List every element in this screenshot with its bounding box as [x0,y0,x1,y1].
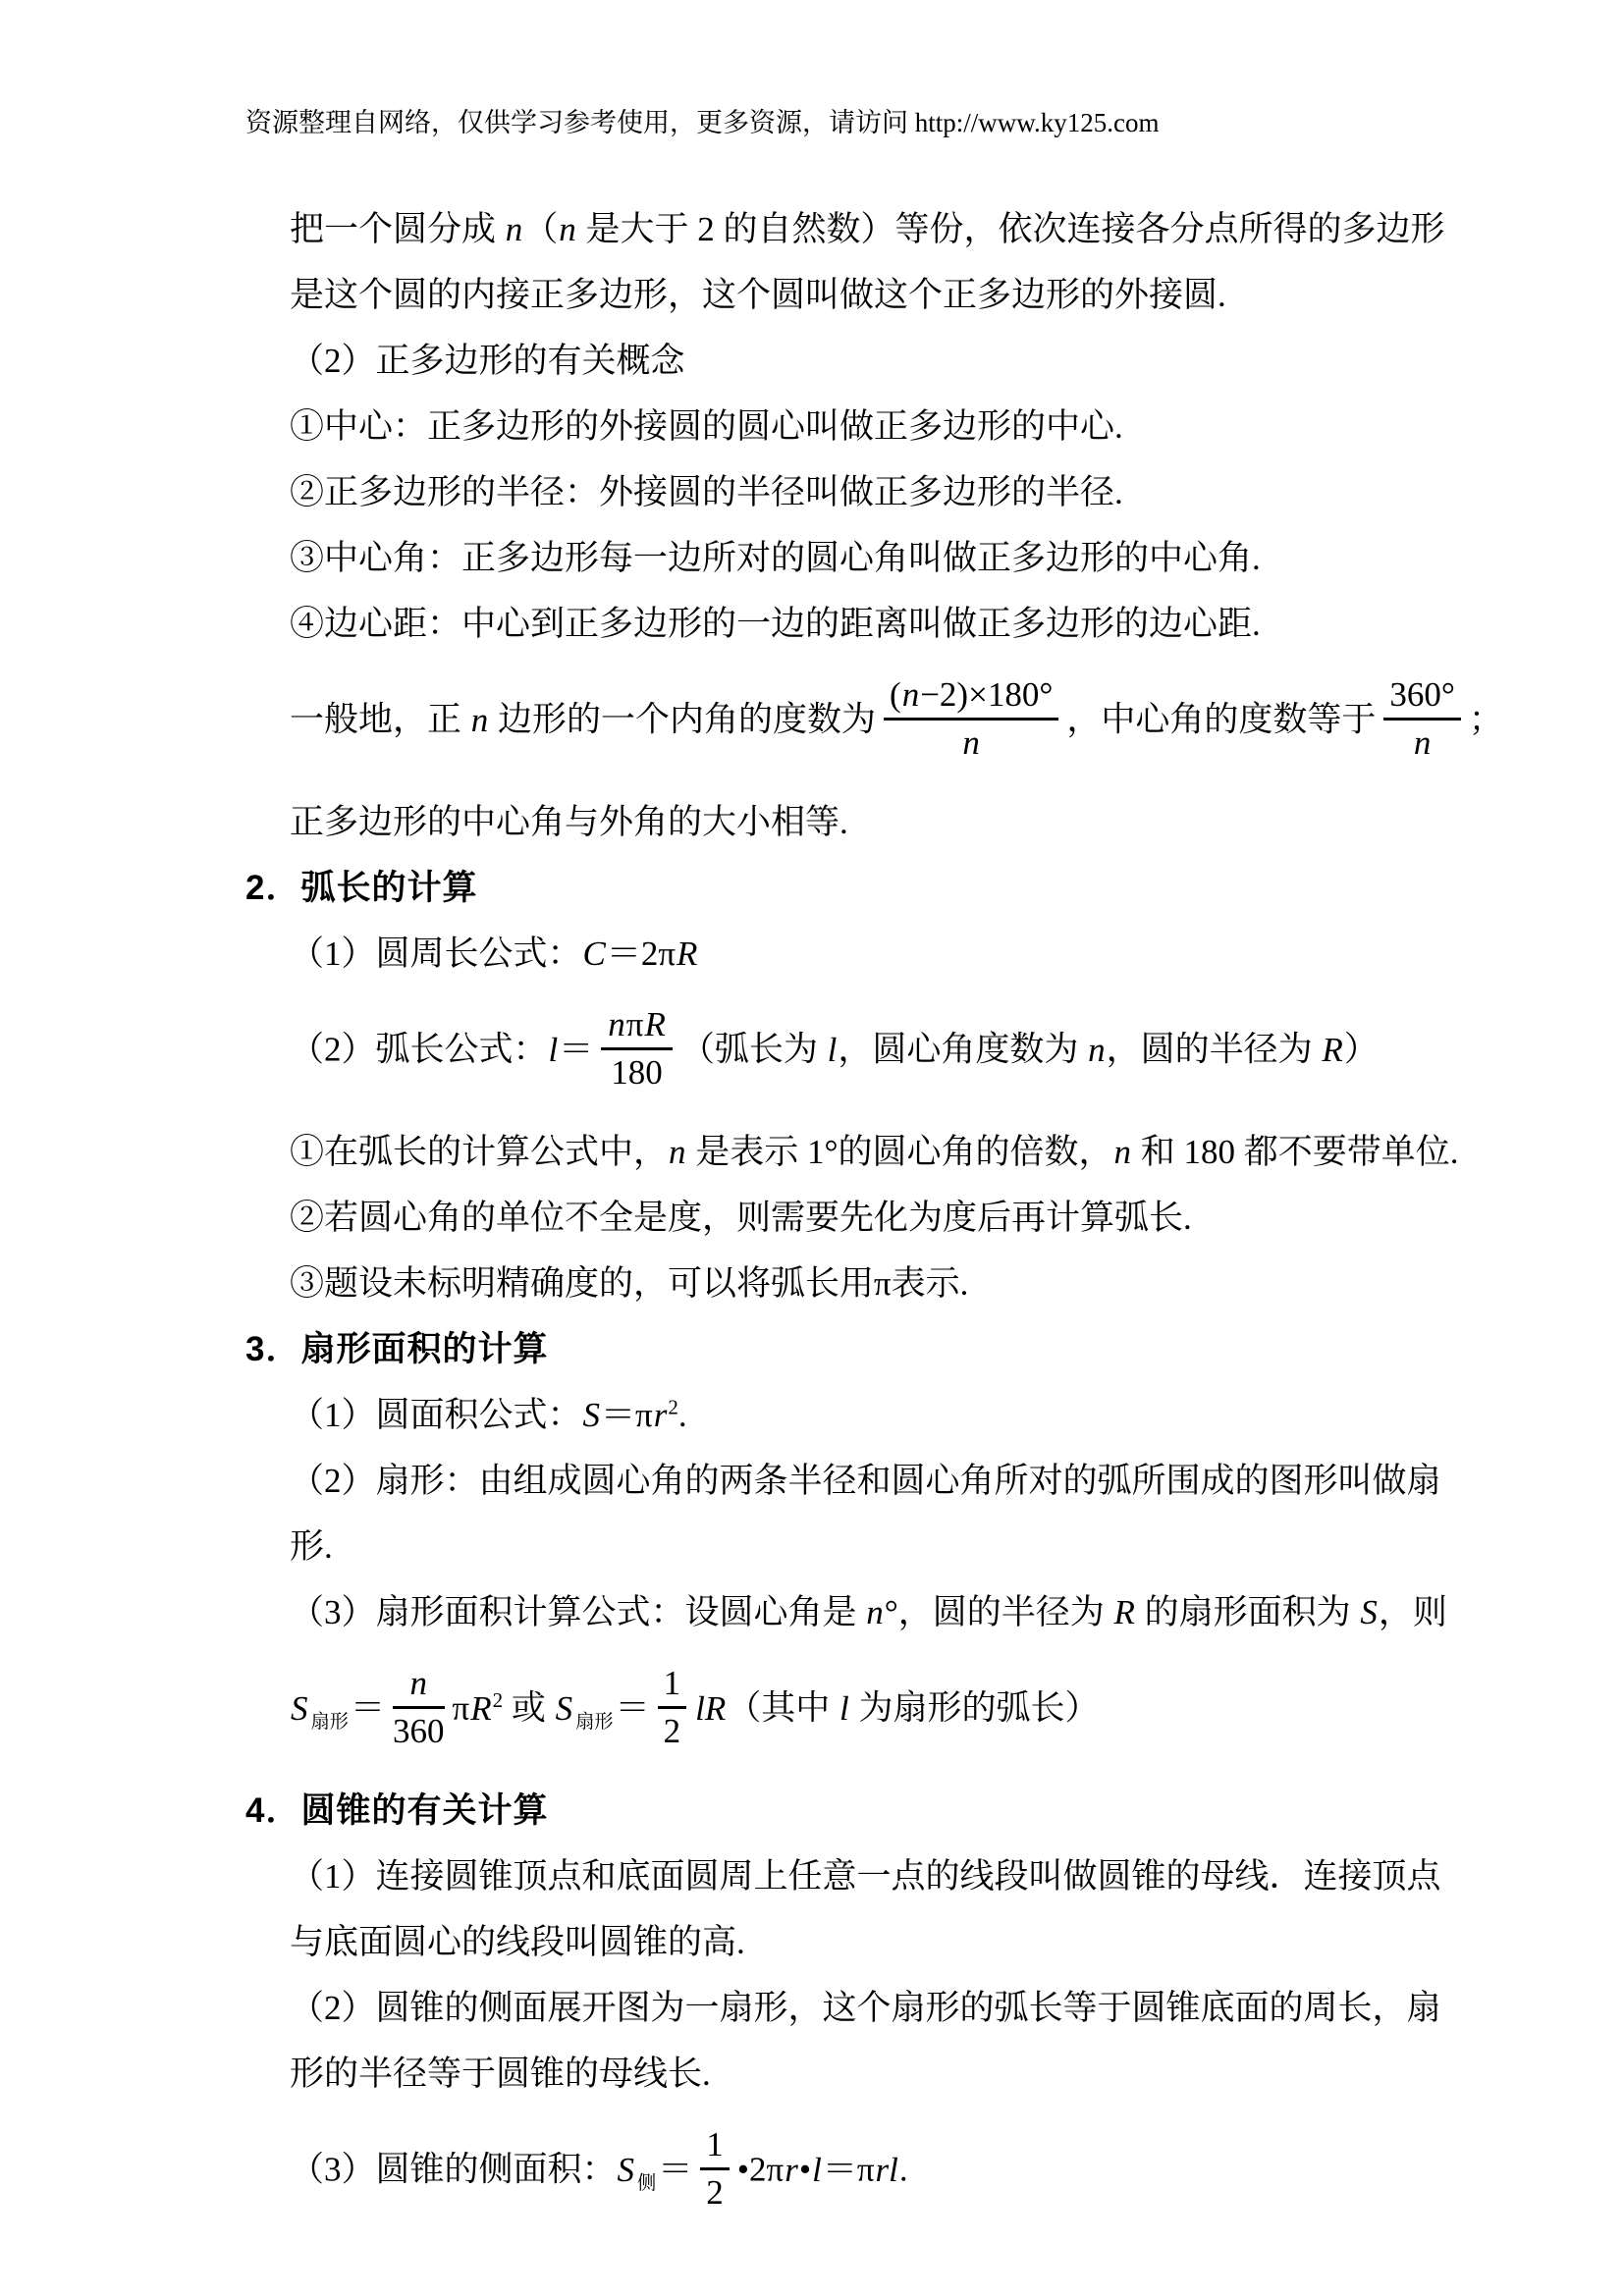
text-run: •2π [737,2151,784,2189]
text-run: 形. [290,1527,333,1566]
text-run: ； [1469,701,1503,739]
text-run: R [469,1689,492,1728]
text-run: （1）圆面积公式： [290,1396,582,1434]
text-run: （3）圆锥的侧面积： [290,2151,617,2189]
text-run: ） [1344,1031,1379,1069]
text-run: 4．圆锥的有关计算 [245,1791,548,1830]
text-run: l [839,1689,850,1728]
text-run: 形的半径等于圆锥的母线长. [290,2055,711,2093]
text-run: ＝ [658,2151,692,2189]
fraction: 12 [700,2124,730,2214]
text-line: 是这个圆的内接正多边形，这个圆叫做这个正多边形的外接圆. [245,262,1424,328]
text-line: （3）扇形面积计算公式：设圆心角是 n°，圆的半径为 R 的扇形面积为 S，则 [245,1579,1424,1645]
text-run: • [799,2151,811,2189]
text-run: 是表示 1°的圆心角的倍数， [687,1133,1113,1171]
text-run: 或 [503,1689,555,1728]
text-run: （1）连接圆锥顶点和底面圆周上任意一点的线段叫做圆锥的母线．连接顶点 [290,1857,1441,1896]
text-run: ，圆的半径为 [1107,1031,1322,1069]
text-run: 是大于 2 的自然数）等份，依次连接各分点所得的多边形 [577,210,1445,248]
text-line: （1）圆面积公式：S＝πr2. [245,1382,1424,1448]
text-run: . [899,2151,908,2189]
text-run: ＝2π [607,934,676,973]
text-line: 与底面圆心的线段叫圆锥的高. [245,1909,1424,1975]
section-heading: 4．圆锥的有关计算 [245,1778,1424,1843]
text-run: 2．弧长的计算 [245,869,477,907]
text-run: 3．扇形面积的计算 [245,1330,548,1368]
text-run: n [1113,1133,1133,1171]
text-run: （其中 [727,1689,839,1728]
text-run: 360 [393,1712,445,1750]
text-run: ＝ [559,1031,593,1069]
text-run: S [582,1396,602,1434]
text-line: 形. [245,1514,1424,1579]
text-run: 2 [493,1688,504,1712]
text-run: ，圆心角度数为 [838,1031,1087,1069]
text-line: （2）扇形：由组成圆心角的两条半径和圆心角所对的弧所围成的图形叫做扇 [245,1448,1424,1514]
fraction-numerator: 1 [700,2124,730,2170]
text-run: 1 [664,1664,681,1702]
text-run: S [290,1689,309,1728]
text-run: ④边心距：中心到正多边形的一边的距离叫做正多边形的边心距. [290,605,1261,643]
text-line: （2）正多边形的有关概念 [245,328,1424,394]
text-run: n [607,1005,626,1043]
text-run: l [548,1031,560,1069]
text-run: S [1359,1593,1379,1631]
text-run: 2 [668,1395,678,1418]
text-run: ①中心：正多边形的外接圆的圆心叫做正多边形的中心. [290,407,1123,446]
text-run: n [505,210,524,248]
fraction: 360°n [1383,674,1461,764]
text-run: 扇形 [573,1712,616,1733]
text-line: 一般地，正 n 边形的一个内角的度数为(n−2)×180°n，中心角的度数等于3… [245,657,1424,789]
text-line: （1）圆周长公式：C＝2πR [245,921,1424,987]
text-run: 1 [706,2125,724,2163]
text-run: n [1413,723,1433,762]
fraction-denominator: 2 [658,1709,687,1752]
text-run: n [1087,1031,1107,1069]
text-run: . [678,1396,687,1434]
text-run: 边形的一个内角的度数为 [489,701,876,739]
text-run: n [901,675,921,714]
text-run: 180 [611,1053,663,1092]
text-line: ②正多边形的半径：外接圆的半径叫做正多边形的半径. [245,459,1424,525]
text-run: l [811,2151,823,2189]
text-run: C [582,934,607,973]
text-run: 扇形 [309,1712,352,1733]
text-line: 形的半径等于圆锥的母线长. [245,2041,1424,2107]
text-run: （弧长为 [680,1031,827,1069]
text-line: ①在弧长的计算公式中，n 是表示 1°的圆心角的倍数，n 和 180 都不要带单… [245,1119,1424,1185]
text-line: ②若圆心角的单位不全是度，则需要先化为度后再计算弧长. [245,1185,1424,1251]
text-run: 一般地，正 [290,701,470,739]
text-run: n [558,210,577,248]
text-run: 2 [664,1712,681,1750]
fraction: 12 [658,1663,687,1752]
fraction-denominator: 180 [601,1050,673,1094]
text-run: 与底面圆心的线段叫圆锥的高. [290,1923,745,1961]
text-run: ②正多边形的半径：外接圆的半径叫做正多边形的半径. [290,473,1123,511]
fraction-numerator: 360° [1383,674,1461,721]
fraction-denominator: n [884,721,1058,764]
text-run: S [617,2151,636,2189]
text-line: ①中心：正多边形的外接圆的圆心叫做正多边形的中心. [245,394,1424,459]
text-line: S扇形＝n360πR2 或 S扇形＝12lR（其中 l 为扇形的弧长） [245,1645,1424,1778]
text-run: （3）扇形面积计算公式：设圆心角是 [290,1593,865,1631]
fraction-numerator: nπR [601,1004,673,1050]
text-run: 是这个圆的内接正多边形，这个圆叫做这个正多边形的外接圆. [290,276,1226,314]
text-run: π [626,1005,644,1043]
fraction-denominator: 2 [700,2170,730,2214]
text-run: n [668,1133,687,1171]
text-run: （ [523,210,558,248]
text-run: °，圆的半径为 [885,1593,1113,1631]
text-line: ③题设未标明精确度的，可以将弧长用π表示. [245,1251,1424,1316]
text-run: 的扇形面积为 [1136,1593,1360,1631]
fraction-numerator: (n−2)×180° [884,674,1058,721]
text-run: ，则 [1379,1593,1447,1631]
text-run: R [643,1005,666,1043]
text-run: n [470,701,490,739]
header-note: 资源整理自网络，仅供学习参考使用，更多资源，请访问 http://www.ky1… [245,106,1159,139]
text-run: （2）弧长公式： [290,1031,548,1069]
text-run: R [1113,1593,1136,1631]
text-run: 把一个圆分成 [290,210,505,248]
text-run: rl [875,2151,899,2189]
text-run: ＝ [616,1689,650,1728]
text-line: 把一个圆分成 n（n 是大于 2 的自然数）等份，依次连接各分点所得的多边形 [245,196,1424,262]
text-run: r [784,2151,799,2189]
text-run: n [865,1593,885,1631]
fraction-denominator: 360 [393,1709,445,1752]
text-run: ③题设未标明精确度的，可以将弧长用π表示. [290,1264,968,1303]
text-run: r [653,1396,669,1434]
text-line: 正多边形的中心角与外角的大小相等. [245,789,1424,855]
fraction: (n−2)×180°n [884,674,1058,764]
text-run: 2 [706,2173,724,2212]
text-run: ( [890,675,901,714]
text-run: n [409,1664,429,1702]
section-heading: 3．扇形面积的计算 [245,1316,1424,1382]
text-run: ，中心角的度数等于 [1066,701,1376,739]
fraction-denominator: n [1383,721,1461,764]
fraction: nπR180 [601,1004,673,1094]
document-page: 资源整理自网络，仅供学习参考使用，更多资源，请访问 http://www.ky1… [0,0,1624,2296]
text-run: R [1321,1031,1343,1069]
text-run: π [453,1689,470,1728]
text-line: （3）圆锥的侧面积：S侧＝12•2πr•l＝πrl. [245,2107,1424,2239]
text-line: （2）圆锥的侧面展开图为一扇形，这个扇形的弧长等于圆锥底面的周长，扇 [245,1975,1424,2041]
text-run: R [676,934,698,973]
document-body: 把一个圆分成 n（n 是大于 2 的自然数）等份，依次连接各分点所得的多边形是这… [245,196,1424,2239]
text-run: ①在弧长的计算公式中， [290,1133,668,1171]
text-line: （2）弧长公式：l＝nπR180（弧长为 l，圆心角度数为 n，圆的半径为 R） [245,987,1424,1119]
text-run: ③中心角：正多边形每一边所对的圆心角叫做正多边形的中心角. [290,539,1261,577]
text-run: lR [694,1689,727,1728]
text-run: S [555,1689,574,1728]
text-line: ④边心距：中心到正多边形的一边的距离叫做正多边形的边心距. [245,591,1424,657]
text-run: n [961,723,981,762]
text-run: ②若圆心角的单位不全是度，则需要先化为度后再计算弧长. [290,1199,1192,1237]
text-run: 侧 [635,2173,658,2194]
text-run: 360° [1389,675,1455,714]
text-line: ③中心角：正多边形每一边所对的圆心角叫做正多边形的中心角. [245,525,1424,591]
text-run: 为扇形的弧长） [850,1689,1100,1728]
text-run: −2)×180° [920,675,1053,714]
fraction-numerator: 1 [658,1663,687,1709]
text-run: ＝ [351,1689,385,1728]
section-heading: 2．弧长的计算 [245,855,1424,921]
fraction: n360 [393,1663,445,1752]
text-run: （1）圆周长公式： [290,934,582,973]
text-run: l [827,1031,839,1069]
text-run: （2）圆锥的侧面展开图为一扇形，这个扇形的弧长等于圆锥底面的周长，扇 [290,1989,1441,2027]
text-line: （1）连接圆锥顶点和底面圆周上任意一点的线段叫做圆锥的母线．连接顶点 [245,1843,1424,1909]
text-run: ＝π [823,2151,875,2189]
text-run: （2）正多边形的有关概念 [290,342,685,380]
text-run: 正多边形的中心角与外角的大小相等. [290,803,848,841]
text-run: ＝π [601,1396,653,1434]
fraction-numerator: n [393,1663,445,1709]
text-run: （2）扇形：由组成圆心角的两条半径和圆心角所对的弧所围成的图形叫做扇 [290,1462,1441,1500]
text-run: 和 180 都不要带单位. [1132,1133,1459,1171]
